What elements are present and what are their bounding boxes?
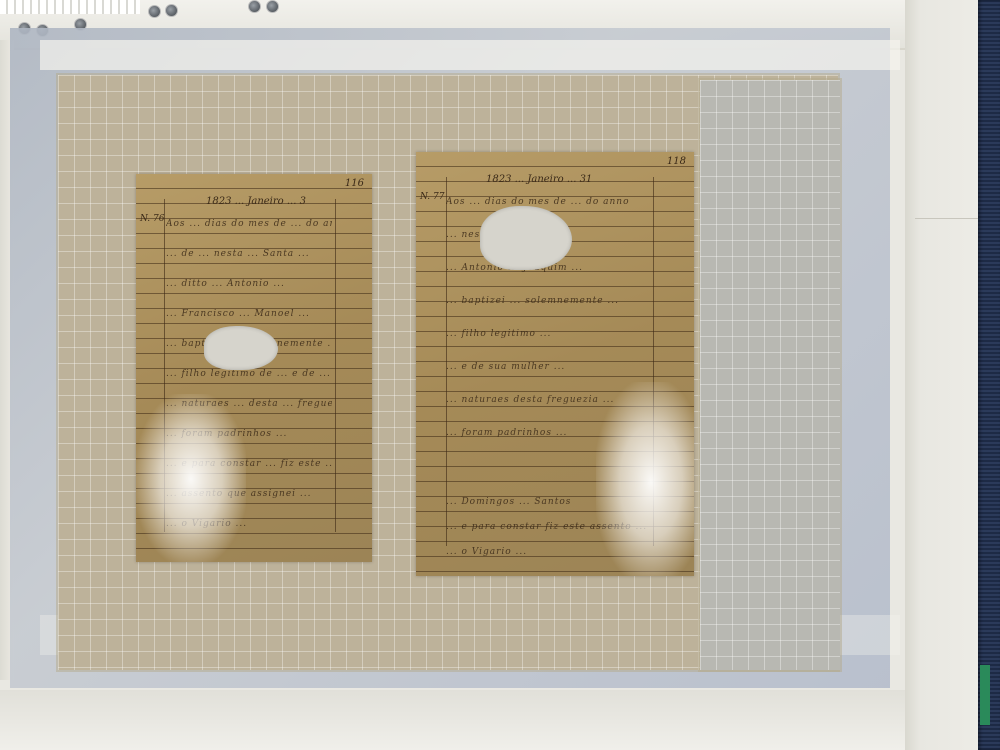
tray-right-edge: [905, 0, 980, 750]
paper-loss-patch: [480, 206, 572, 270]
light-reflection: [136, 394, 246, 562]
page-number: 118: [667, 156, 686, 167]
handwritten-line: Aos ... dias do mes de ... do anno: [166, 219, 332, 233]
manuscript-page-left: 116 1823 ... Janeiro ... 3 N. 76 Aos ...…: [136, 174, 372, 562]
screw-icon: [148, 5, 161, 18]
tray-bottom-edge: [0, 690, 910, 750]
vent-grille: [0, 0, 140, 14]
screw-icon: [165, 4, 178, 17]
blue-binder-spine: [978, 0, 1000, 750]
grid-mesh-right: [700, 80, 840, 670]
light-reflection: [596, 382, 694, 576]
page-number: 116: [345, 178, 364, 189]
screw-icon: [266, 0, 279, 13]
screw-icon: [248, 0, 261, 13]
handwritten-line: ... e de sua mulher ...: [446, 362, 654, 376]
manuscript-page-right: 118 1823 ... Janeiro ... 31 N. 77 Aos ..…: [416, 152, 694, 576]
handwritten-line: ... filho legitimo de ... e de ...: [166, 369, 332, 383]
handwritten-line: ... de ... nesta ... Santa ...: [166, 249, 332, 263]
margin-note: N. 76: [140, 214, 164, 224]
handwritten-line: Aos ... dias do mes de ... do anno: [446, 197, 654, 211]
margin-note: N. 77: [420, 192, 444, 202]
green-tab: [980, 665, 990, 725]
handwritten-line: ... filho legitimo ...: [446, 329, 654, 343]
handwritten-line: ... ditto ... Antonio ...: [166, 279, 332, 293]
tape-strip: [40, 40, 900, 70]
handwritten-line: ... baptizei ... solemnemente ...: [446, 296, 654, 310]
paper-loss-patch: [204, 326, 278, 370]
date-heading: 1823 ... Janeiro ... 3: [206, 196, 306, 207]
date-heading: 1823 ... Janeiro ... 31: [486, 174, 592, 185]
handwritten-line: ... Francisco ... Manoel ...: [166, 309, 332, 323]
